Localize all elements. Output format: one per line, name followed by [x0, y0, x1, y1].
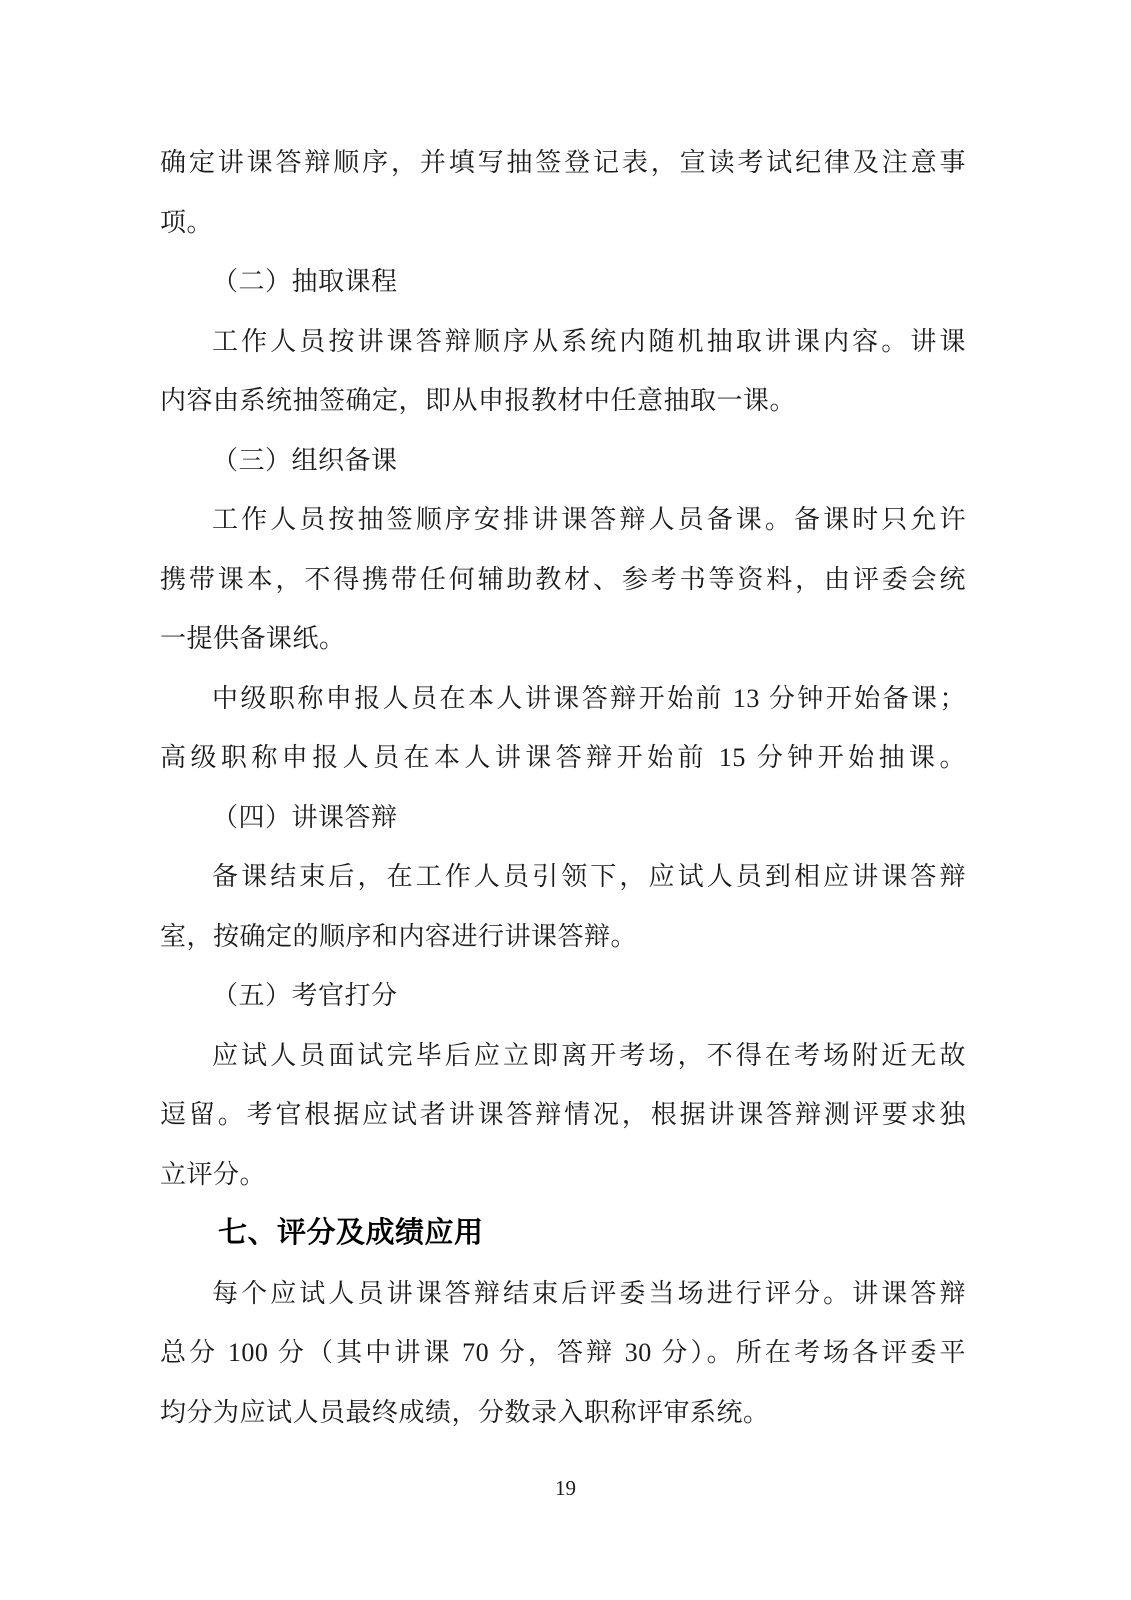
document-page: 确定讲课答辩顺序，并填写抽签登记表，宣读考试纪律及注意事 项。 （二）抽取课程 …: [0, 0, 1131, 1600]
text-line: 每个应试人员讲课答辩结束后评委当场进行评分。讲课答辩: [160, 1264, 966, 1324]
text-line: 总分 100 分（其中讲课 70 分，答辩 30 分）。所在考场各评委平: [160, 1323, 966, 1383]
document-body: 确定讲课答辩顺序，并填写抽签登记表，宣读考试纪律及注意事 项。 （二）抽取课程 …: [160, 133, 966, 1442]
text-line: 立评分。: [160, 1145, 966, 1205]
text-line: 工作人员按抽签顺序安排讲课答辩人员备课。备课时只允许: [160, 490, 966, 550]
text-line: 室，按确定的顺序和内容进行讲课答辩。: [160, 907, 966, 967]
text-line: 工作人员按讲课答辩顺序从系统内随机抽取讲课内容。讲课: [160, 312, 966, 372]
text-line: 确定讲课答辩顺序，并填写抽签登记表，宣读考试纪律及注意事: [160, 133, 966, 193]
text-line: 应试人员面试完毕后应立即离开考场，不得在考场附近无故: [160, 1026, 966, 1086]
text-line: 均分为应试人员最终成绩，分数录入职称评审系统。: [160, 1383, 966, 1443]
text-line: 逗留。考官根据应试者讲课答辩情况，根据讲课答辩测评要求独: [160, 1085, 966, 1145]
subsection-title: （五）考官打分: [160, 966, 966, 1026]
subsection-title: （三）组织备课: [160, 431, 966, 491]
text-line: 项。: [160, 193, 966, 253]
text-line: 中级职称申报人员在本人讲课答辩开始前 13 分钟开始备课；: [160, 669, 966, 729]
page-number: 19: [0, 1476, 1131, 1501]
subsection-title: （二）抽取课程: [160, 252, 966, 312]
text-line: 携带课本，不得携带任何辅助教材、参考书等资料，由评委会统: [160, 550, 966, 610]
text-line: 内容由系统抽签确定，即从申报教材中任意抽取一课。: [160, 371, 966, 431]
text-line: 备课结束后，在工作人员引领下，应试人员到相应讲课答辩: [160, 847, 966, 907]
subsection-title: （四）讲课答辩: [160, 788, 966, 848]
text-line: 高级职称申报人员在本人讲课答辩开始前 15 分钟开始抽课。: [160, 728, 966, 788]
section-heading: 七、评分及成绩应用: [160, 1204, 966, 1264]
text-line: 一提供备课纸。: [160, 609, 966, 669]
